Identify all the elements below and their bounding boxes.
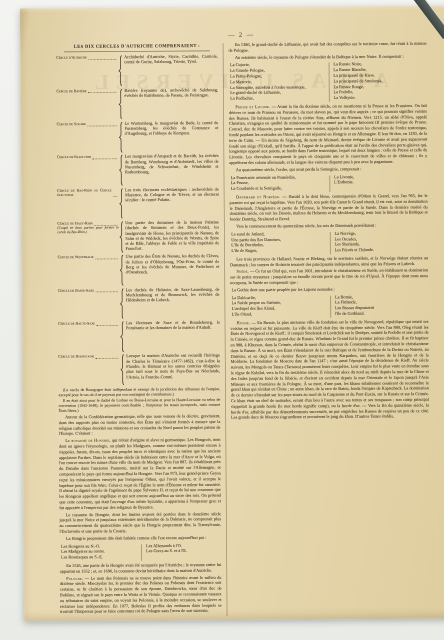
table-row: Cercle de Franconie Les margraviats d'An… bbox=[57, 154, 219, 186]
list-item: Les Féroés et l'Islande. bbox=[335, 248, 428, 254]
paragraph: Les trois provinces de Halland, Scanie e… bbox=[230, 256, 428, 269]
hungary-inhabitants-list: Les Hongrois au N.-O. Les Madgyares au c… bbox=[61, 543, 221, 561]
list-column: La Poméranie orientale ou Pomérélie, La … bbox=[231, 175, 329, 192]
dotted-leader bbox=[88, 92, 117, 93]
sweden-regions-list: La Dalécarlie, La Suède propre ou Suéoni… bbox=[232, 295, 429, 319]
row-label: Cercle de Bavière bbox=[56, 89, 86, 94]
row-label: Cercle de Basse-Saxe bbox=[58, 288, 94, 293]
paragraph-text: — Le nom des Polonais ne se trouve point… bbox=[60, 576, 222, 615]
list-column: La Cujavie, La Grande-Pologne, La Petite… bbox=[230, 63, 329, 103]
row-description: Les électorats de Saxe et de Brandebourg… bbox=[126, 321, 220, 352]
list-column: La Russie Noire, La Russie Blanche, La p… bbox=[328, 62, 427, 102]
scanned-page: ATLAS UNIVERSEL — 2 — LES DIX CERCLES D'… bbox=[20, 5, 444, 621]
row-description: Bavière (royaume de), archevêché de Salz… bbox=[124, 88, 218, 119]
row-label: Cercle du Bas-Rhin ou Cercle électoral bbox=[57, 188, 111, 198]
paragraph: Russie. — En Russie, la plus ancienne vi… bbox=[230, 320, 429, 422]
poland-regions-list: La Cujavie, La Grande-Pologne, La Petite… bbox=[230, 62, 427, 102]
paragraph: Suède. — Ce fut un Olaf qui, vers l'an 1… bbox=[230, 269, 428, 287]
table-row: Cercle de Haute-Saxe Les électorats de S… bbox=[58, 321, 220, 353]
paragraph: Au seizième siècle, le royaume de Pologn… bbox=[229, 54, 427, 61]
paragraph-text: qui n'était d'origine ni slave ni german… bbox=[59, 438, 221, 510]
table-row: Cercle de Basse-Saxe Les duchés de Holst… bbox=[58, 288, 220, 320]
section-heading: Danemark et Norvège. bbox=[236, 195, 281, 200]
list-item: L'île de Rugen, bbox=[231, 249, 329, 255]
row-description: Lorsque la maison d'Autriche eut recueil… bbox=[126, 354, 220, 385]
list-item: L'île Oland, bbox=[232, 312, 330, 318]
paragraph: La Hongrie proprement dite était habitée… bbox=[60, 536, 222, 543]
page-content: — 2 — LES DIX CERCLES D'AUTRICHE COMPREN… bbox=[56, 30, 430, 618]
row-label: Cercle de Franconie bbox=[57, 155, 91, 160]
table-row: Cercle de Bavière Bavière (royaume de), … bbox=[56, 88, 218, 120]
paragraph-text: — En Russie, la plus ancienne ville de f… bbox=[230, 320, 429, 420]
denmark-possessions-list: Le sund de Jutland, Une partie des îles … bbox=[231, 231, 428, 255]
list-column: La Norvège, Les Orcades, Les Shetlands, … bbox=[329, 231, 427, 254]
section-heading: Prusse et Livonie. bbox=[235, 105, 270, 110]
dotted-leader bbox=[88, 59, 116, 60]
footnote: Il en était ainsi pour le duché de Lothi… bbox=[59, 398, 221, 414]
list-item: La Podlachie, bbox=[230, 96, 328, 102]
table-row: Cercle de Bourgogne Lorsque la maison d'… bbox=[58, 354, 220, 386]
row-description: Archiduché d'Autriche, Styrie, Carinthie… bbox=[124, 55, 218, 86]
table-title: LES DIX CERCLES D'AUTRICHE COMPRENAIENT … bbox=[64, 43, 209, 52]
row-label-note: (Coupé en deux parties pour former le ce… bbox=[57, 226, 119, 235]
list-item: L'Esthonie. bbox=[334, 180, 427, 186]
teutonic-order-list: La Poméranie orientale ou Pomérélie, La … bbox=[231, 174, 428, 192]
page-number: — 2 — bbox=[56, 30, 426, 40]
section-heading: Russie. bbox=[237, 321, 250, 325]
list-column: Le sund de Jutland, Une partie des îles … bbox=[231, 232, 329, 255]
dotted-leader bbox=[113, 196, 117, 197]
list-item: La Courlande et la Semigalle, bbox=[231, 186, 329, 192]
dotted-leader bbox=[97, 325, 119, 326]
list-column: La Botnie, La Finlande, Les Russes dispu… bbox=[330, 295, 428, 318]
paragraph: Vers le commencement du quatorzième sièc… bbox=[230, 223, 428, 230]
table-row: Cercle du Haut-Rhin (Coupé en deux parti… bbox=[57, 221, 219, 253]
sweden-list-intro: La Gothie dont une partie peuplée par le… bbox=[232, 287, 429, 294]
list-column: La Livonie, L'Esthonie. bbox=[329, 174, 427, 191]
table-row: Cercle d'Autriche Archiduché d'Autriche,… bbox=[56, 55, 218, 87]
paragraph: En 1526, une partie de la Hongrie avait … bbox=[60, 563, 222, 575]
dotted-leader bbox=[93, 158, 117, 159]
left-column: LES DIX CERCLES D'AUTRICHE COMPRENAIENT … bbox=[56, 43, 222, 617]
dotted-leader bbox=[87, 125, 116, 126]
dotted-leader bbox=[96, 292, 118, 293]
right-column: En 1386, le grand-duché de Lithuanie, qu… bbox=[223, 42, 431, 616]
row-description: Le Wurtemberg, le margraviat de Bade, le… bbox=[125, 121, 219, 152]
dotted-leader bbox=[96, 358, 119, 359]
paragraph-text: — Avant la fin du dixième siècle, on ne … bbox=[229, 104, 427, 165]
row-description: Une partie des domaines de la maison Pal… bbox=[125, 221, 219, 253]
row-description: Les trois électorats ecclésiastiques : a… bbox=[125, 187, 219, 218]
row-label: Cercle d'Autriche bbox=[56, 56, 87, 61]
row-description: Une partie des États de Nassau, les duch… bbox=[126, 254, 220, 285]
paragraph: Au quatorzième siècle, l'ordre, qui avai… bbox=[229, 167, 427, 174]
paragraph: Pologne. — Le nom des Polonais ne se tro… bbox=[60, 576, 222, 616]
footnote: (Le cercle de Bourgogne était indépendan… bbox=[59, 387, 221, 398]
dotted-leader bbox=[95, 259, 117, 260]
list-item: Les Grecs au S. et à l'E. bbox=[146, 549, 221, 555]
section-heading: Le royaume de Hongrie, bbox=[65, 439, 110, 444]
section-heading: Pologne. bbox=[66, 577, 83, 581]
photo-of-book-page: { "page": { "number": "— 2 —", "ghost_te… bbox=[0, 0, 444, 640]
paragraph: Le royaume de Hongrie, dont les limites … bbox=[59, 512, 221, 535]
section-heading: Suède. bbox=[236, 270, 248, 274]
row-label: Cercle de Souabe bbox=[57, 122, 86, 127]
row-label: Cercle de Haute-Saxe bbox=[58, 322, 95, 327]
paragraph: Prusse et Livonie. — Avant la fin du dix… bbox=[229, 104, 427, 167]
list-item: l'île de Gothland. bbox=[335, 311, 428, 317]
row-label: Cercle de Bourgogne bbox=[58, 355, 94, 360]
paragraph: Autour de la Confédération germanique, t… bbox=[59, 414, 221, 437]
list-column: Les Allemands à l'O. Les Grecs au S. et … bbox=[141, 543, 221, 560]
list-item: Les Rosniaques au S.-E. bbox=[61, 555, 141, 561]
table-row: Cercle de Souabe Le Wurtemberg, le margr… bbox=[57, 121, 219, 153]
row-label: Cercle de Westphalie bbox=[58, 255, 94, 260]
list-item: La Volhynie. bbox=[334, 96, 427, 102]
paragraph: Danemark et Norvège. — Harald à la dent … bbox=[229, 194, 427, 223]
circles-table: Cercle d'Autriche Archiduché d'Autriche,… bbox=[56, 55, 220, 386]
table-row: Cercle du Bas-Rhin ou Cercle électoral L… bbox=[57, 187, 219, 219]
list-column: La Dalécarlie, La Suède propre ou Suéoni… bbox=[232, 295, 330, 318]
row-description: Les duchés de Holstein, de Saxe-Lauenbou… bbox=[126, 288, 220, 319]
table-row: Cercle de Westphalie Une partie des État… bbox=[58, 254, 220, 286]
paragraph: Le royaume de Hongrie, qui n'était d'ori… bbox=[59, 438, 221, 512]
paragraph: En 1386, le grand-duché de Lithuanie, qu… bbox=[228, 42, 426, 55]
list-column: Les Hongrois au N.-O. Les Madgyares au c… bbox=[61, 544, 141, 561]
paragraph-text: — Ce fut un Olaf qui, vers l'an 1001, in… bbox=[230, 269, 428, 286]
row-description: Les margraviats d'Anspach et de Bareith,… bbox=[125, 154, 219, 185]
